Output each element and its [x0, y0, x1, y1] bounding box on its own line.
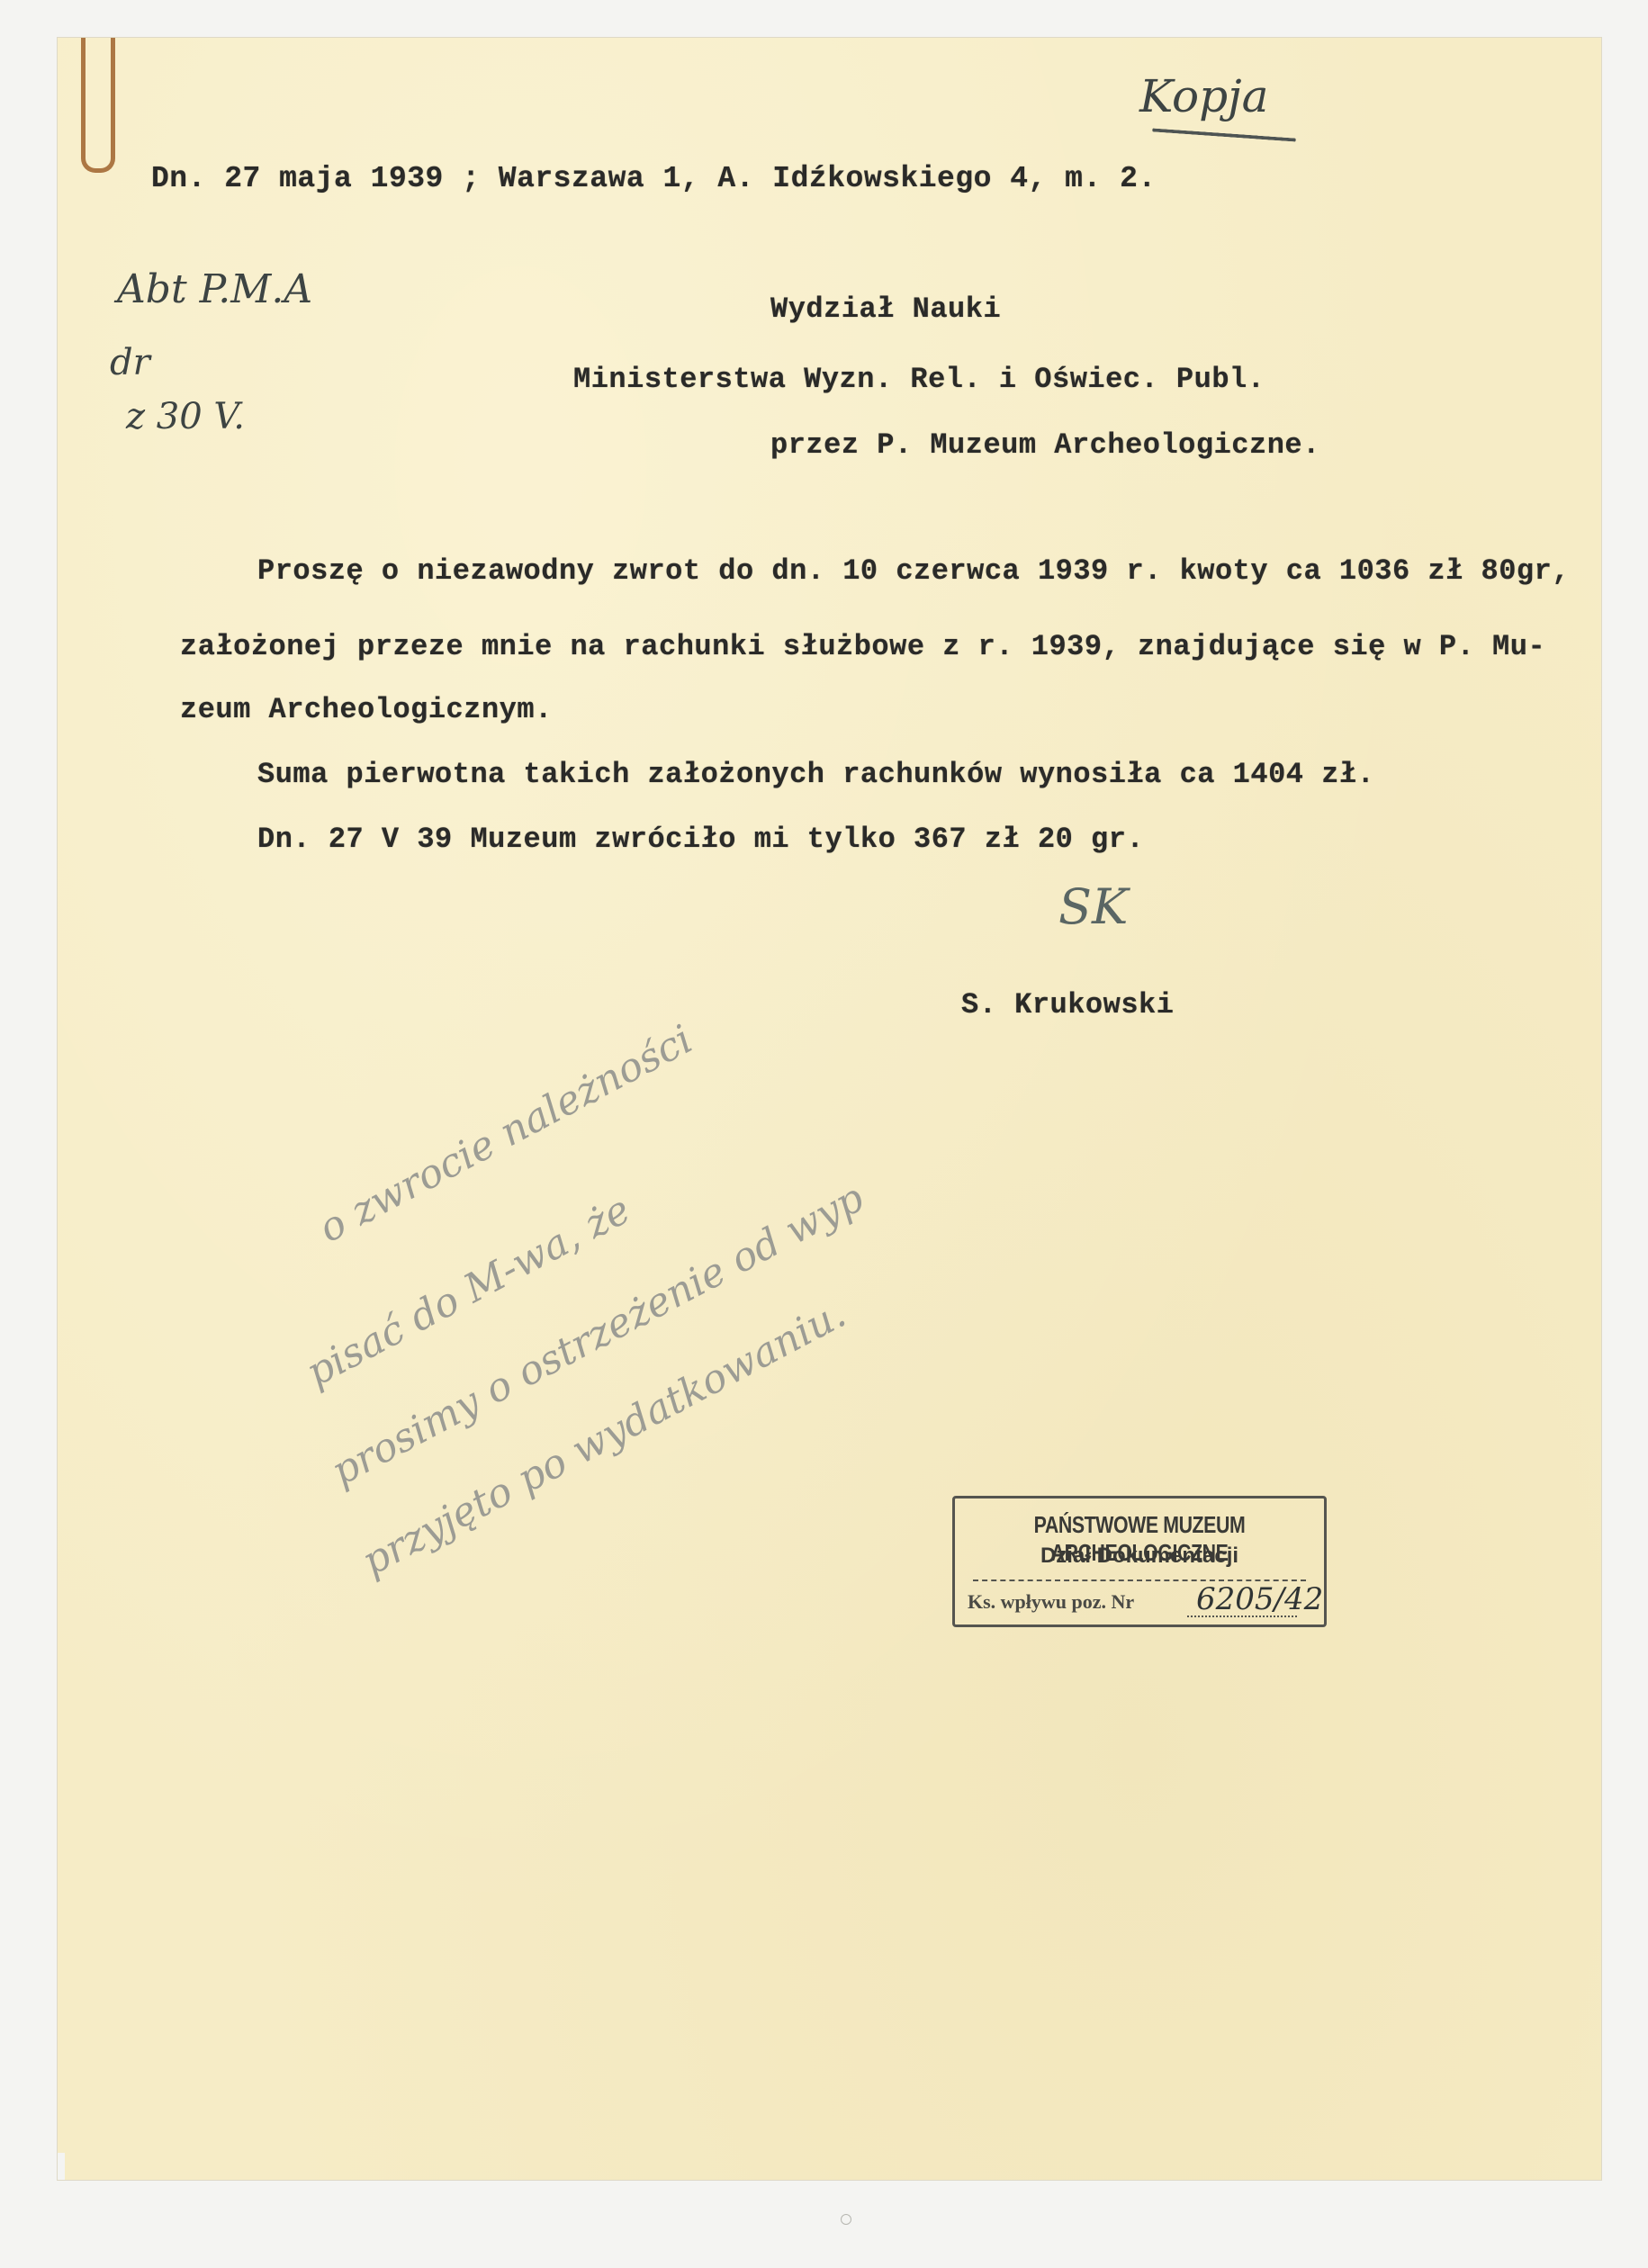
margin-annotation-1: Abt P.M.A	[117, 266, 312, 312]
punch-hole-mark	[841, 2214, 851, 2225]
stamp-department: Dział Dokumentacji	[955, 1543, 1324, 1569]
body-paragraph-1-line-2: założonej przeze mnie na rachunki służbo…	[180, 630, 1545, 663]
museum-stamp: PAŃSTWOWE MUZEUM ARCHEOLOGICZNE Dział Do…	[952, 1496, 1327, 1627]
margin-annotation-3: z 30 V.	[126, 396, 245, 437]
stamp-entry-number: 6205/42	[1196, 1581, 1323, 1617]
handwritten-signature: SK	[1058, 878, 1128, 935]
body-paragraph-3: Dn. 27 V 39 Muzeum zwróciło mi tylko 367…	[257, 823, 1144, 856]
torn-corner	[58, 2153, 65, 2180]
typed-signature: S. Krukowski	[961, 988, 1174, 1021]
document-page	[58, 38, 1601, 2180]
recipient-line-3: przez P. Muzeum Archeologiczne.	[770, 428, 1320, 462]
body-paragraph-1-line-1: Proszę o niezawodny zwrot do dn. 10 czer…	[257, 554, 1570, 588]
body-paragraph-1-line-3: zeum Archeologicznym.	[180, 693, 553, 726]
stamp-entry-label: Ks. wpływu poz. Nr	[968, 1590, 1134, 1614]
margin-annotation-2: dr	[110, 342, 150, 383]
recipient-line-1: Wydział Nauki	[770, 292, 1001, 326]
kopia-annotation: Kopja	[1139, 70, 1268, 122]
recipient-line-2: Ministerstwa Wyzn. Rel. i Oświec. Publ.	[573, 363, 1265, 396]
paperclip-rust-mark	[81, 38, 115, 173]
stamp-dotted-line	[1187, 1615, 1297, 1617]
header-date-address: Dn. 27 maja 1939 ; Warszawa 1, A. Idźkow…	[151, 162, 1157, 195]
body-paragraph-2: Suma pierwotna takich założonych rachunk…	[257, 758, 1374, 791]
